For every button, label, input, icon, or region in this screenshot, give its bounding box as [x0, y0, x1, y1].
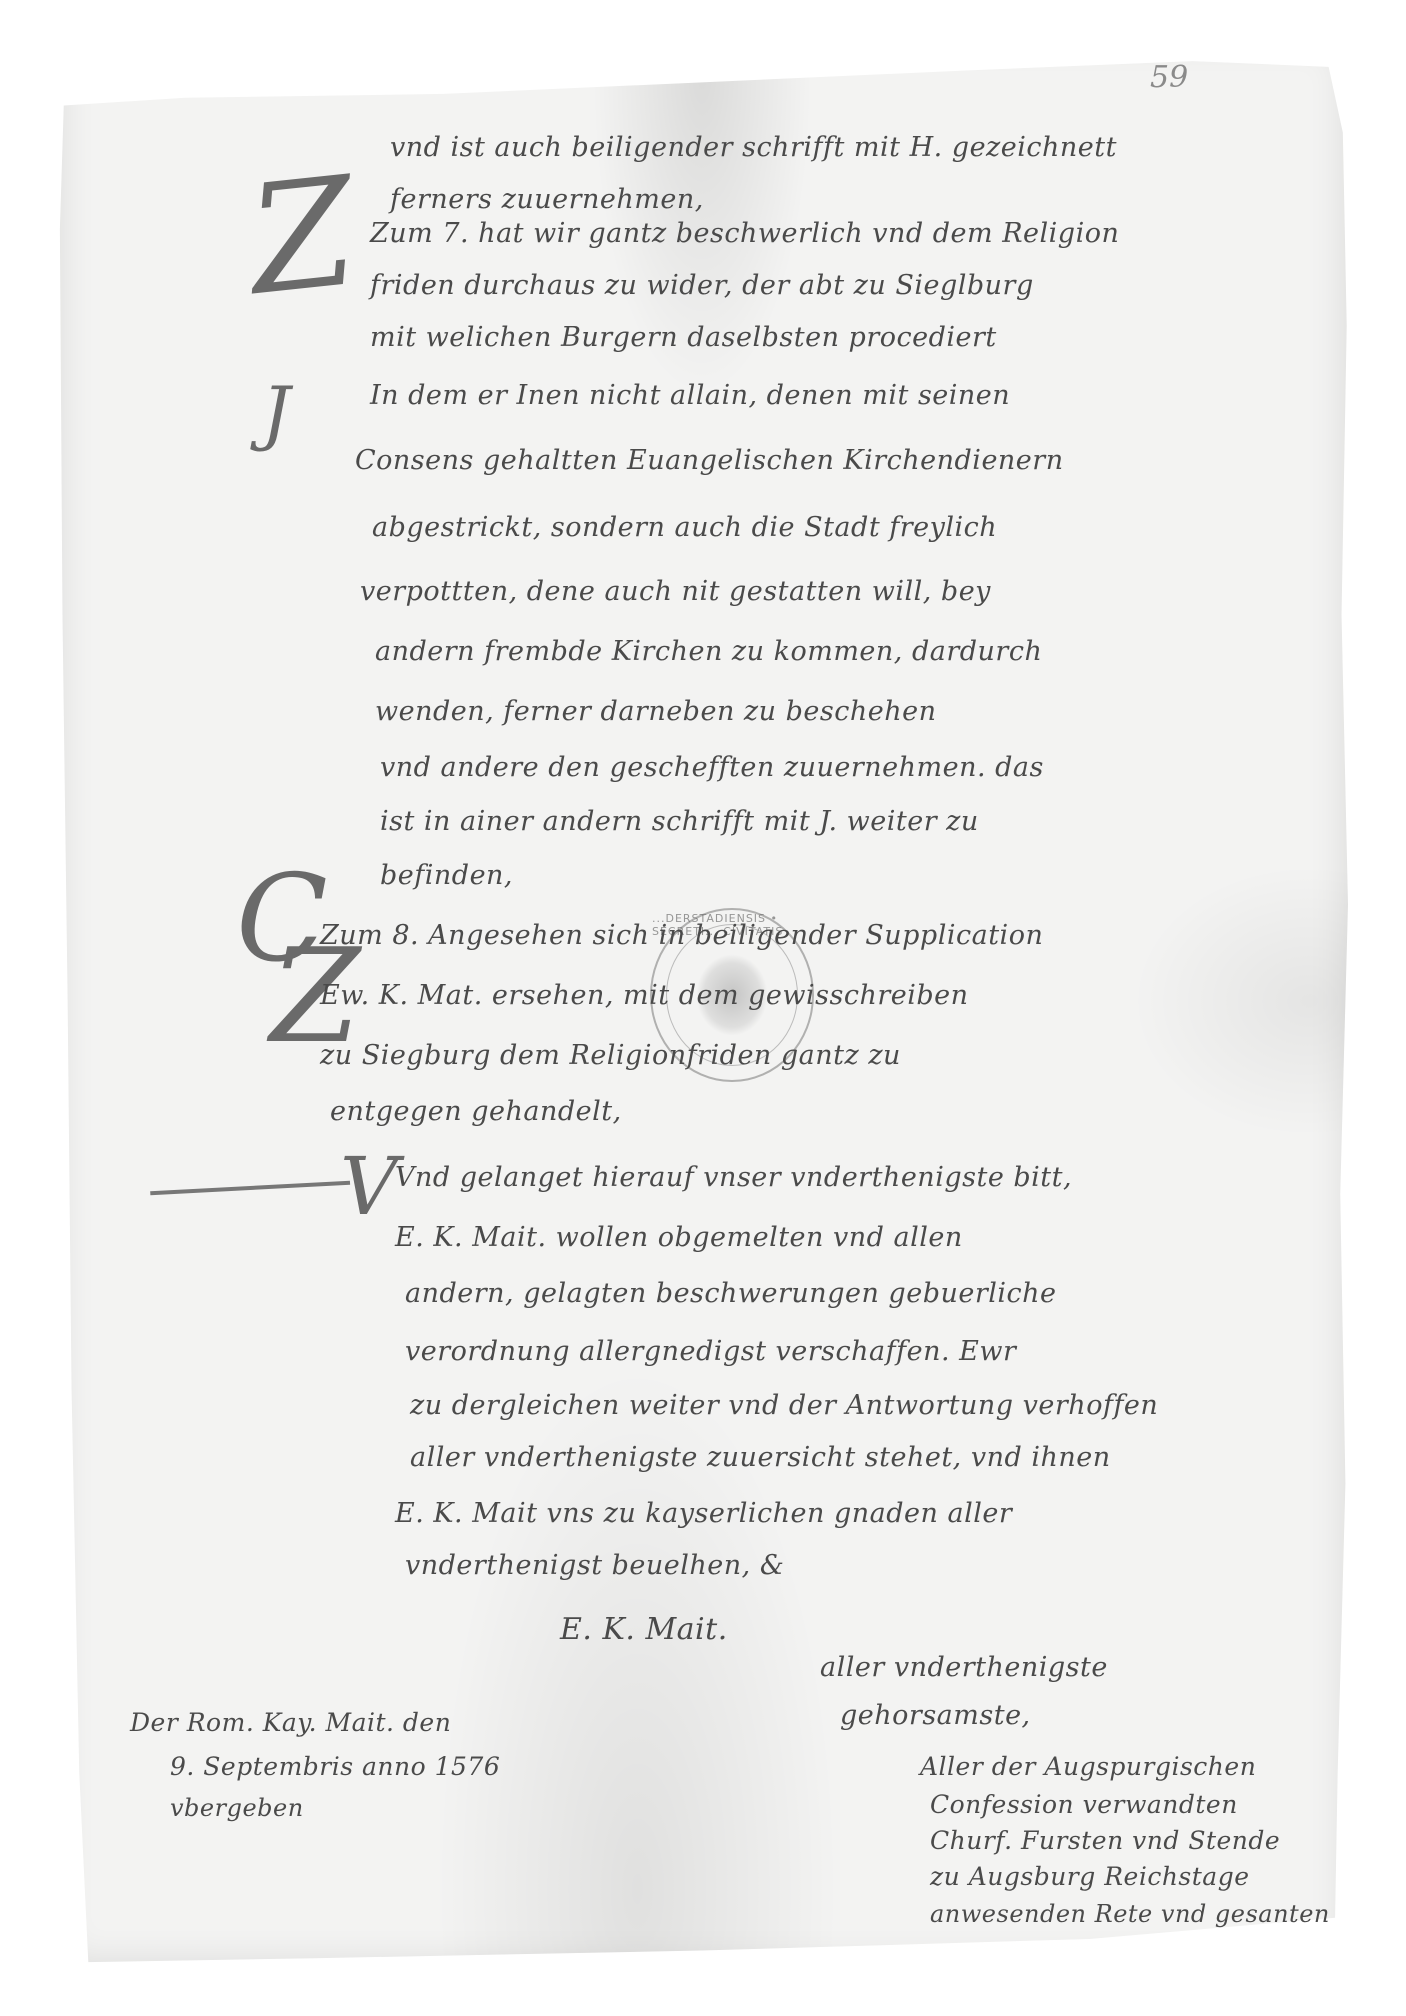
- folio-number: 59: [1150, 60, 1188, 95]
- body-line: friden durchaus zu wider, der abt zu Sie…: [370, 270, 1034, 301]
- endorsement-line: Der Rom. Kay. Mait. den: [130, 1708, 451, 1737]
- signoff-line: Confession verwandten: [930, 1790, 1238, 1819]
- signoff-line: anwesenden Rete vnd gesanten: [930, 1900, 1330, 1928]
- body-line: befinden,: [380, 860, 513, 891]
- signoff-line: gehorsamste,: [840, 1700, 1031, 1731]
- body-line: andern, gelagten beschwerungen gebuerlic…: [405, 1278, 1057, 1309]
- signoff-line: aller vnderthenigste: [820, 1652, 1108, 1683]
- body-line: Zum 7. hat wir gantz beschwerlich vnd de…: [370, 218, 1119, 249]
- signoff-line: Churf. Fursten vnd Stende: [930, 1826, 1280, 1855]
- body-line: abgestrickt, sondern auch die Stadt frey…: [372, 512, 997, 543]
- initial-I-flourish: J: [262, 372, 290, 454]
- signoff-line: Aller der Augspurgischen: [920, 1752, 1256, 1781]
- body-line: Zum 8. Angesehen sich in beiligender Sup…: [320, 920, 1043, 951]
- body-line: zu dergleichen weiter vnd der Antwortung…: [410, 1390, 1158, 1421]
- body-line: ferners zuuernehmen,: [390, 184, 704, 215]
- body-line: ist in ainer andern schrifft mit J. weit…: [380, 806, 979, 837]
- body-line: Ew. K. Mat. ersehen, mit dem gewisschrei…: [320, 980, 969, 1011]
- endorsement-line: 9. Septembris anno 1576: [170, 1752, 500, 1781]
- body-line: vnderthenigst beuelhen, &: [405, 1550, 784, 1581]
- body-line: Vnd gelanget hierauf vnser vnderthenigst…: [395, 1162, 1072, 1193]
- body-line: mit welichen Burgern daselbsten procedie…: [370, 322, 997, 353]
- initial-Z-flourish-1: Z: [241, 145, 363, 329]
- body-line: zu Siegburg dem Religionfriden gantz zu: [320, 1040, 901, 1071]
- body-line: andern frembde Kirchen zu kommen, dardur…: [375, 636, 1042, 667]
- body-line: In dem er Inen nicht allain, denen mit s…: [370, 380, 1010, 411]
- endorsement-line: vbergeben: [170, 1794, 304, 1822]
- body-line: entgegen gehandelt,: [330, 1096, 622, 1127]
- body-line: E. K. Mait. wollen obgemelten vnd allen: [395, 1222, 963, 1253]
- body-line: wenden, ferner darneben zu beschehen: [375, 696, 936, 727]
- body-line: aller vnderthenigste zuuersicht stehet, …: [410, 1442, 1111, 1473]
- body-line: Consens gehaltten Euangelischen Kirchend…: [355, 445, 1064, 476]
- body-line: verordnung allergnedigst verschaffen. Ew…: [405, 1336, 1016, 1367]
- initial-V-flourish: V: [340, 1140, 398, 1233]
- signoff-line: zu Augsburg Reichstage: [930, 1862, 1250, 1891]
- body-line: verpottten, dene auch nit gestatten will…: [360, 576, 991, 607]
- closing-salutation: E. K. Mait.: [560, 1612, 728, 1647]
- body-line: vnd andere den geschefften zuuernehmen. …: [380, 752, 1044, 783]
- body-line: E. K. Mait vns zu kayserlichen gnaden al…: [395, 1498, 1012, 1529]
- body-line: vnd ist auch beiligender schrifft mit H.…: [390, 132, 1117, 163]
